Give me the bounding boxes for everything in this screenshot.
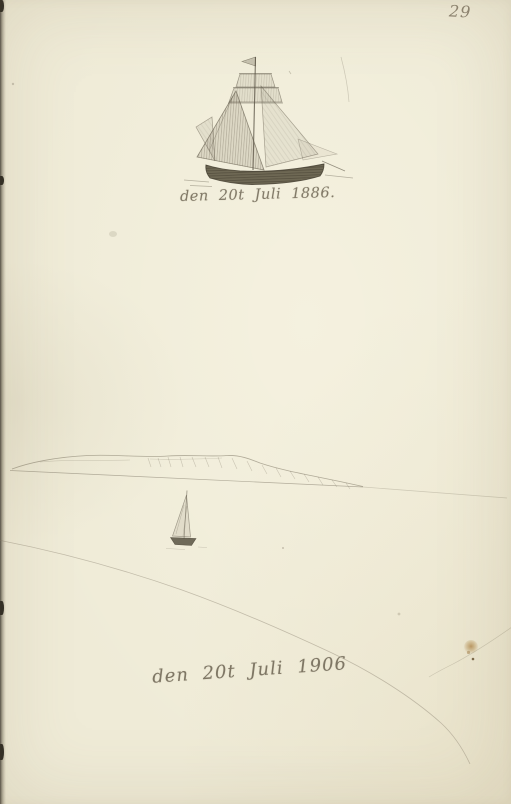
water-ripples [166,547,207,550]
speck [398,613,401,616]
coastline-ridge-detail [40,458,222,462]
coastline-ridge [12,455,363,486]
sailboat-sail [173,495,191,537]
shoreline-pencil-lines [0,540,511,764]
shoreline-long-curve [0,540,470,764]
stray-pencil-scratch [341,57,349,102]
coastal-landscape-sketch [10,455,507,498]
foxing-dot [472,658,475,661]
foxing-satellite [467,651,470,654]
speck [12,83,14,85]
speck [282,547,284,549]
cliff-hatching [148,457,350,489]
ship-pennant [242,57,256,66]
foxing-spot [464,640,478,654]
ship-outer-jib [298,139,337,160]
pencil-drawing-layer [0,0,511,804]
horizon-line [10,471,363,488]
paper-stains [12,83,478,661]
small-sailboat-sketch [166,491,207,550]
sketchbook-page: 29 [0,0,511,804]
sailing-ship-sketch [184,57,353,187]
sailboat-hull [171,538,197,546]
horizon-line-faint [363,487,507,498]
gray-smudge [109,231,117,237]
ship-bowsprit [322,161,345,171]
ship-hull [206,164,324,185]
pencil-fleck [289,71,291,74]
